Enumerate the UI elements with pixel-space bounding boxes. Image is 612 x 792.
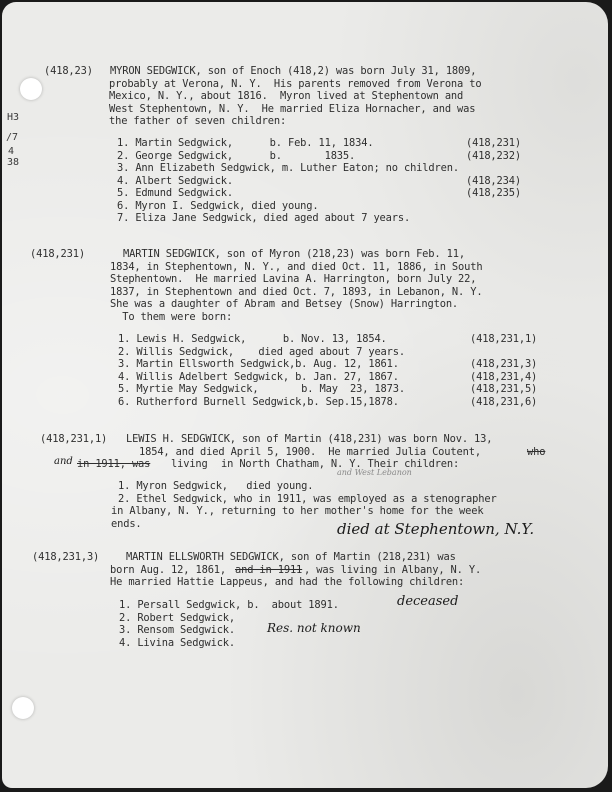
section-line: living: [171, 458, 208, 471]
section-line: 1837, in Stephentown and died Oct. 7, 18…: [110, 286, 482, 299]
margin-note: H3: [7, 112, 19, 123]
child-entry: 5. Edmund Sedgwick.: [117, 187, 233, 200]
child-entry: 3. Martin Ellsworth Sedgwick,b. Aug. 12,…: [118, 358, 399, 371]
child-entry: 1. Myron Sedgwick, died young.: [118, 480, 313, 493]
section-line: He married Hattie Lappeus, and had the f…: [110, 576, 464, 589]
section-line: the father of seven children:: [109, 115, 286, 128]
child-ref: (418,234): [466, 175, 521, 188]
child-entry: 1. Martin Sedgwick, b. Feb. 11, 1834.: [117, 137, 373, 150]
handwritten-note: Res. not known: [267, 621, 361, 635]
child-entry: 6. Myron I. Sedgwick, died young.: [117, 200, 319, 213]
section-line: 1854, and died April 5, 1900. He married…: [139, 446, 481, 459]
handwritten-note: and West Lebanon: [337, 468, 412, 477]
child-entry: 1. Persall Sedgwick, b. about 1891.: [119, 599, 339, 612]
child-entry: 7. Eliza Jane Sedgwick, died aged about …: [117, 212, 410, 225]
child-entry: 2. Willis Sedgwick, died aged about 7 ye…: [118, 346, 405, 359]
margin-note: 4: [8, 146, 14, 157]
child-entry: ends.: [111, 518, 142, 531]
section-ref: (418,231,3): [32, 551, 99, 564]
section-line: probably at Verona, N. Y. His parents re…: [109, 78, 481, 91]
binder-hole-bottom: [12, 697, 34, 719]
handwritten-note: deceased: [397, 594, 458, 609]
child-ref: (418,231,1): [470, 333, 537, 346]
document-page: H3 /7 4 38 (418,23) MYRON SEDGWICK, son …: [2, 2, 608, 788]
struck-text: who: [527, 446, 545, 459]
binder-hole-top: [20, 78, 42, 100]
child-entry: 4. Albert Sedgwick.: [117, 175, 233, 188]
child-ref: (418,231): [466, 137, 521, 150]
handwritten-note: died at Stephentown, N.Y.: [337, 520, 534, 538]
child-entry: in Albany, N. Y., returning to her mothe…: [111, 505, 483, 518]
section-ref: (418,23): [44, 65, 93, 78]
child-ref: (418,231,6): [470, 396, 537, 409]
child-entry: 3. Rensom Sedgwick.: [119, 624, 235, 637]
child-ref: (418,232): [466, 150, 521, 163]
section-line: She was a daughter of Abram and Betsey (…: [110, 298, 458, 311]
section-line: Mexico, N. Y., about 1816. Myron lived a…: [109, 90, 463, 103]
section-line: Stephentown. He married Lavina A. Harrin…: [110, 273, 476, 286]
section-line: , was living in Albany, N. Y.: [304, 564, 481, 577]
section-line: West Stephentown, N. Y. He married Eliza…: [109, 103, 475, 116]
section-line: born Aug. 12, 1861,: [110, 564, 226, 577]
child-entry: 2. George Sedgwick, b. 1835.: [117, 150, 355, 163]
struck-text: and in 1911: [235, 564, 302, 577]
struck-text: in 1911, was: [77, 458, 150, 471]
section-ref: (418,231): [30, 248, 85, 261]
child-entry: 4. Livina Sedgwick.: [119, 637, 235, 650]
child-entry: 2. Robert Sedgwick,: [119, 612, 235, 625]
section-line: LEWIS H. SEDGWICK, son of Martin (418,23…: [126, 433, 492, 446]
child-ref: (418,235): [466, 187, 521, 200]
section-line: MYRON SEDGWICK, son of Enoch (418,2) was…: [110, 65, 476, 78]
margin-note: /7: [6, 132, 18, 143]
section-line: MARTIN ELLSWORTH SEDGWICK, son of Martin…: [126, 551, 456, 564]
child-ref: (418,231,4): [470, 371, 537, 384]
section-line: To them were born:: [110, 311, 232, 324]
child-entry: 2. Ethel Sedgwick, who in 1911, was empl…: [118, 493, 497, 506]
child-entry: 3. Ann Elizabeth Sedgwick, m. Luther Eat…: [117, 162, 459, 175]
section-line: MARTIN SEDGWICK, son of Myron (218,23) w…: [123, 248, 465, 261]
section-line: 1834, in Stephentown, N. Y., and died Oc…: [110, 261, 482, 274]
child-ref: (418,231,5): [470, 383, 537, 396]
child-entry: 1. Lewis H. Sedgwick, b. Nov. 13, 1854.: [118, 333, 387, 346]
child-entry: 4. Willis Adelbert Sedgwick, b. Jan. 27,…: [118, 371, 399, 384]
margin-note: 38: [7, 157, 19, 168]
handwritten-note: and: [54, 456, 73, 467]
child-ref: (418,231,3): [470, 358, 537, 371]
child-entry: 5. Myrtie May Sedgwick, b. May 23, 1873.: [118, 383, 405, 396]
section-ref: (418,231,1): [40, 433, 107, 446]
child-entry: 6. Rutherford Burnell Sedgwick,b. Sep.15…: [118, 396, 399, 409]
